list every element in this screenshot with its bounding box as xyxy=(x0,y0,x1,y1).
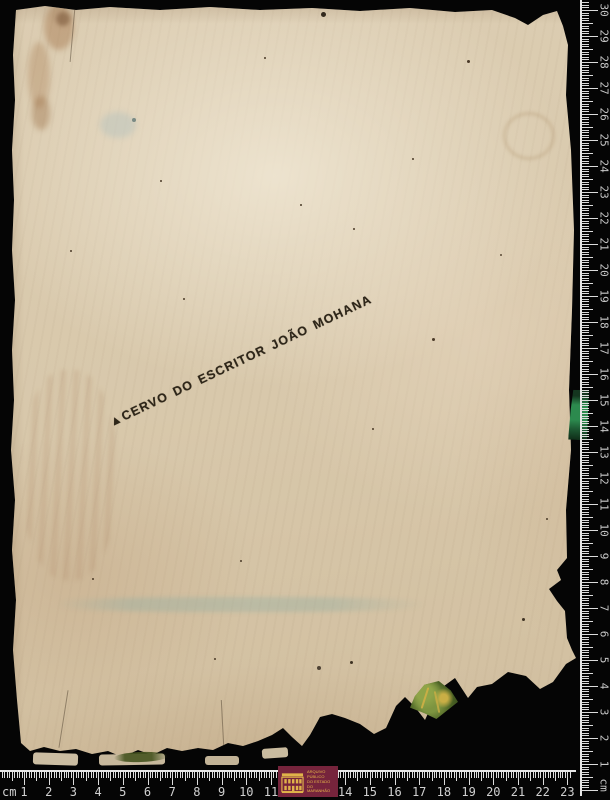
ring-stain xyxy=(503,112,555,160)
ruler-number: 3 xyxy=(65,785,81,799)
ruler-number: 16 xyxy=(598,368,610,381)
ruler-number: 7 xyxy=(598,602,610,615)
ruler-number: 27 xyxy=(598,82,610,95)
foxing-speck xyxy=(92,578,94,580)
paper-fragment xyxy=(262,747,289,759)
ruler-vertical-right: 1234567891011121314151617181920212223242… xyxy=(578,0,610,800)
foxing-speck xyxy=(321,12,326,17)
paper-edge-shading xyxy=(0,0,610,800)
foxing-speck xyxy=(372,428,374,430)
ruler-number: 5 xyxy=(598,654,610,667)
ruler-number: 5 xyxy=(115,785,131,799)
blue-stain xyxy=(100,112,136,138)
brown-streaks-stain xyxy=(22,370,117,580)
foxing-speck xyxy=(183,298,185,300)
ruler-number: 11 xyxy=(263,785,279,799)
ruler-number: 21 xyxy=(510,785,526,799)
ruler-number: 18 xyxy=(436,785,452,799)
ruler-number: 20 xyxy=(485,785,501,799)
fiber-strand xyxy=(434,691,441,713)
foxing-speck xyxy=(70,250,72,252)
foxing-speck xyxy=(240,560,242,562)
foxing-speck xyxy=(214,658,216,660)
paper-crack xyxy=(70,8,76,62)
ruler-unit-label: cm xyxy=(598,779,610,792)
ruler-number: 1 xyxy=(598,758,610,771)
ruler-number: 2 xyxy=(598,732,610,745)
ruler-number: 17 xyxy=(411,785,427,799)
archive-logo-plate: ARQUIVO PÚBLICO DO ESTADO DO MARANHÃO xyxy=(278,766,338,797)
ruler-number: 20 xyxy=(598,264,610,277)
archive-building-icon xyxy=(280,770,305,794)
ruler-number: 9 xyxy=(214,785,230,799)
ruler-number: 19 xyxy=(598,290,610,303)
ruler-number: 17 xyxy=(598,342,610,355)
ruler-number: 26 xyxy=(598,108,610,121)
water-stain xyxy=(56,12,70,26)
ruler-number: 30 xyxy=(598,4,610,17)
paper-fragment xyxy=(33,752,78,766)
water-stain xyxy=(44,4,74,50)
ruler-number: 28 xyxy=(598,56,610,69)
ruler-number: 12 xyxy=(598,472,610,485)
water-stain xyxy=(32,96,50,130)
ruler-number: 11 xyxy=(598,498,610,511)
logo-text-line: DO MARANHÃO xyxy=(307,785,336,793)
ruler-number: 8 xyxy=(189,785,205,799)
foxing-speck xyxy=(412,158,414,160)
ruler-number: 2 xyxy=(41,785,57,799)
ruler-number: 23 xyxy=(559,785,575,799)
ruler-number: 18 xyxy=(598,316,610,329)
ruler-number: 22 xyxy=(598,212,610,225)
document-page-verso: ▲CERVO DO ESCRITOR JOÃO MOHANA xyxy=(0,0,610,800)
faded-band-stain xyxy=(55,597,425,612)
ruler-number: 13 xyxy=(598,446,610,459)
water-stain xyxy=(28,42,50,108)
ruler-number: 4 xyxy=(90,785,106,799)
paper-crack xyxy=(58,690,68,747)
ruler-number: 9 xyxy=(598,550,610,563)
ruler-number: 29 xyxy=(598,30,610,43)
ruler-number: 10 xyxy=(238,785,254,799)
archive-scan: ▲CERVO DO ESCRITOR JOÃO MOHANA 123456789… xyxy=(0,0,610,800)
ruler-number: 19 xyxy=(461,785,477,799)
ruler-number: 6 xyxy=(140,785,156,799)
ruler-number: 10 xyxy=(598,524,610,537)
ruler-number: 1 xyxy=(16,785,32,799)
ownership-stamp: ▲CERVO DO ESCRITOR JOÃO MOHANA xyxy=(107,292,374,429)
ruler-number: 3 xyxy=(598,706,610,719)
ruler-number: 15 xyxy=(598,394,610,407)
foxing-speck xyxy=(432,338,435,341)
fiber-strand xyxy=(421,687,430,709)
foxing-speck xyxy=(520,680,523,683)
foxing-speck xyxy=(300,204,302,206)
ruler-number: 14 xyxy=(337,785,353,799)
foxing-speck xyxy=(132,118,136,122)
ruler-number: 25 xyxy=(598,134,610,147)
paper-crack xyxy=(221,700,224,746)
ruler-number: 23 xyxy=(598,186,610,199)
archive-logo-text: ARQUIVO PÚBLICO DO ESTADO DO MARANHÃO xyxy=(307,770,336,793)
ruler-number: 22 xyxy=(535,785,551,799)
paper-fragment xyxy=(205,756,239,765)
ruler-number: 4 xyxy=(598,680,610,693)
foxing-speck xyxy=(546,518,548,520)
foxing-speck xyxy=(264,57,266,59)
foxing-speck xyxy=(317,666,321,670)
ruler-number: 16 xyxy=(387,785,403,799)
ruler-number: 8 xyxy=(598,576,610,589)
foxing-speck xyxy=(467,60,470,63)
ruler-number: 6 xyxy=(598,628,610,641)
foxing-speck xyxy=(353,228,355,230)
ruler-number: 14 xyxy=(598,420,610,433)
ruler-number: 7 xyxy=(164,785,180,799)
foxing-speck xyxy=(500,254,502,256)
ruler-number: 24 xyxy=(598,160,610,173)
ruler-number: 15 xyxy=(362,785,378,799)
ruler-number: 21 xyxy=(598,238,610,251)
foxing-speck xyxy=(350,661,353,664)
foxing-speck xyxy=(522,618,525,621)
foxing-speck xyxy=(160,180,162,182)
